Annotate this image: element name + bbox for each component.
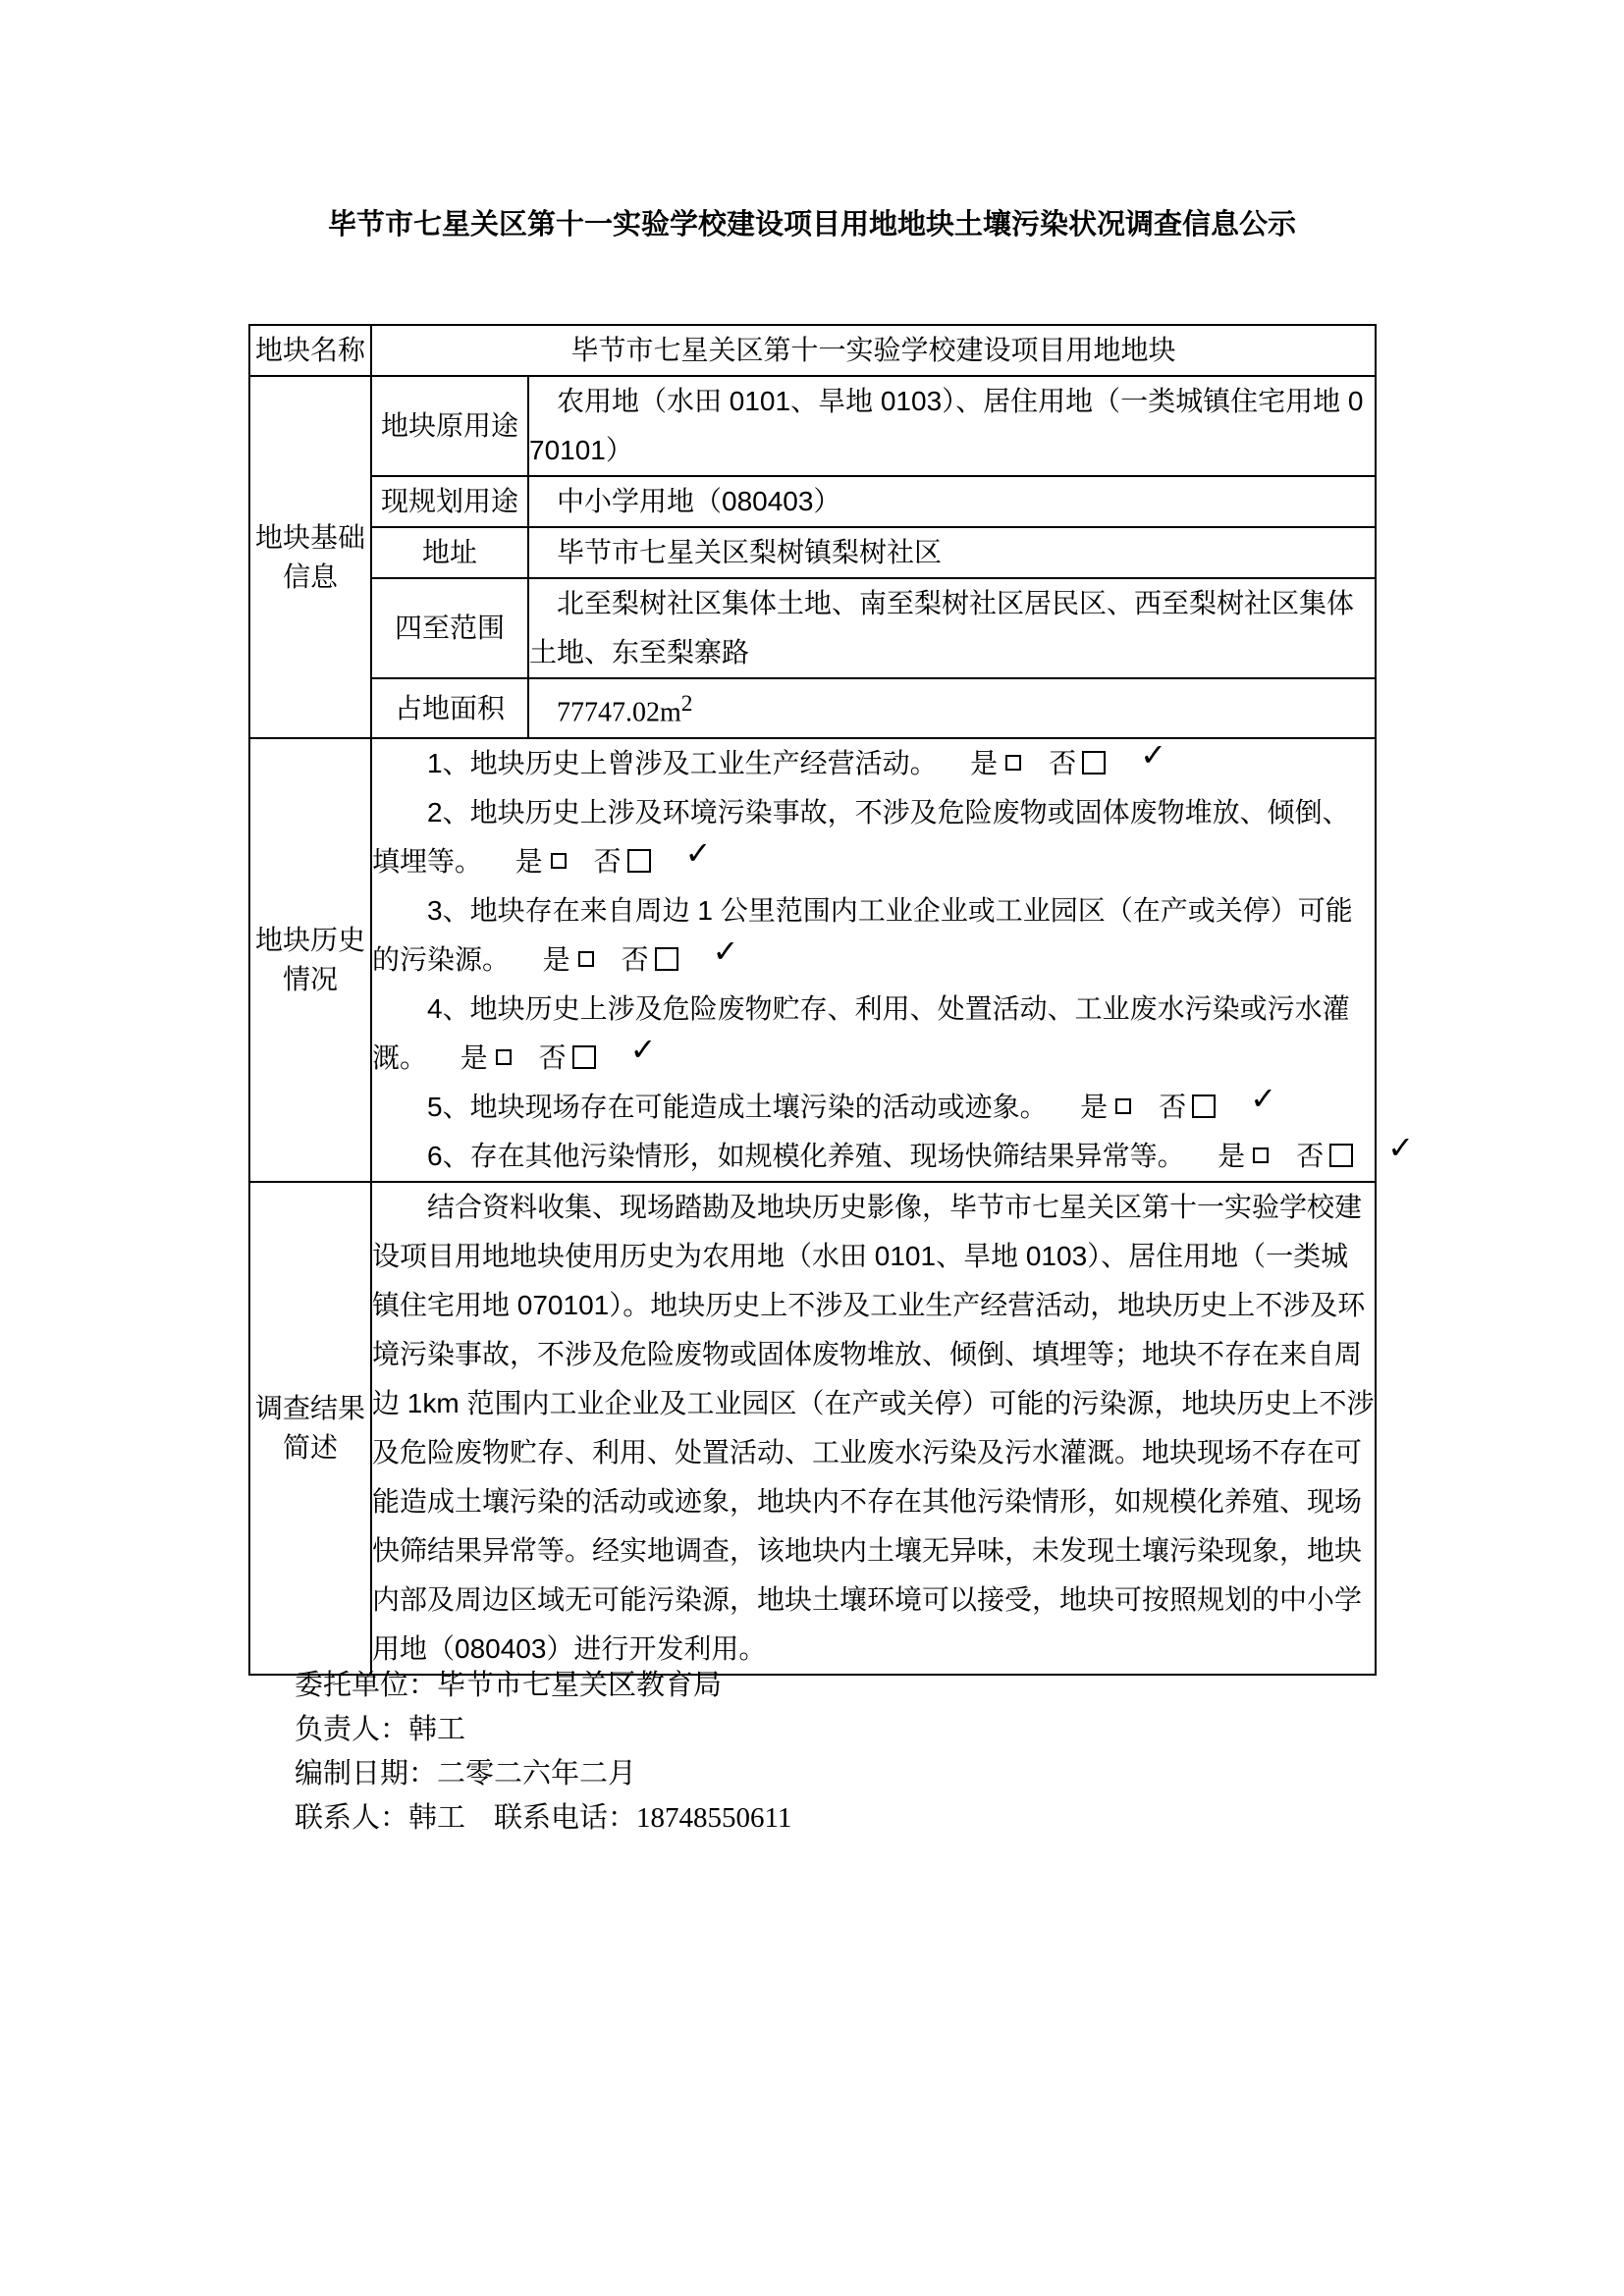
- history-item-text: 3、地块存在来自周边 1 公里范围内工业企业或工业园区（在产或关停）可能的污染源…: [372, 895, 1353, 975]
- checkbox-checked-icon: ✓: [1082, 751, 1106, 774]
- original-use-value: 农用地（水田 0101、旱地 0103）、居住用地（一类城镇住宅用地 07010…: [528, 376, 1376, 476]
- address-label: 地址: [371, 527, 528, 578]
- footer-line: 编制日期：二零二六年二月: [295, 1752, 791, 1796]
- yes-label: 是: [460, 1042, 488, 1073]
- footer-line: 负责人：韩工: [295, 1708, 791, 1752]
- basic-info-section-label: 地块基础信息: [249, 376, 371, 738]
- yes-label: 是: [1080, 1092, 1108, 1122]
- page-title: 毕节市七星关区第十一实验学校建设项目用地地块土壤污染状况调查信息公示: [0, 202, 1624, 242]
- yes-no-checkbox-group: 是否✓: [460, 1042, 596, 1073]
- table-row: 占地面积 77747.02m2: [249, 678, 1376, 738]
- checkbox-checked-icon: ✓: [572, 1045, 596, 1069]
- no-label: 否: [594, 846, 622, 877]
- table-row: 地块基础信息 地块原用途 农用地（水田 0101、旱地 0103）、居住用地（一…: [249, 376, 1376, 476]
- history-item: 3、地块存在来自周边 1 公里范围内工业企业或工业园区（在产或关停）可能的污染源…: [372, 886, 1375, 985]
- yes-no-checkbox-group: 是否✓: [543, 944, 678, 975]
- history-content: 1、地块历史上曾涉及工业生产经营活动。是否✓2、地块历史上涉及环境污染事故，不涉…: [371, 738, 1376, 1182]
- planned-use-label: 现规划用途: [371, 476, 528, 527]
- checkbox-unchecked-icon: [551, 853, 567, 869]
- footer-line: 联系人：韩工 联系电话：18748550611: [295, 1796, 791, 1841]
- yes-label: 是: [515, 846, 543, 877]
- history-item: 2、地块历史上涉及环境污染事故，不涉及危险废物或固体废物堆放、倾倒、填埋等。是否…: [372, 788, 1375, 886]
- footer-line: 委托单位：毕节市七星关区教育局: [295, 1664, 791, 1708]
- yes-label: 是: [970, 748, 998, 778]
- checkbox-checked-icon: ✓: [1329, 1144, 1353, 1167]
- yes-label: 是: [1218, 1141, 1245, 1171]
- yes-no-checkbox-group: 是否✓: [1080, 1092, 1216, 1122]
- summary-paragraph: 结合资料收集、现场踏勘及地块历史影像，毕节市七星关区第十一实验学校建设项目用地地…: [372, 1183, 1375, 1674]
- parcel-info-table: 地块名称 毕节市七星关区第十一实验学校建设项目用地地块 地块基础信息 地块原用途…: [248, 324, 1377, 1676]
- no-label: 否: [622, 944, 649, 975]
- checkbox-checked-icon: ✓: [655, 947, 678, 971]
- site-name-value: 毕节市七星关区第十一实验学校建设项目用地地块: [371, 325, 1376, 376]
- table-row: 地块名称 毕节市七星关区第十一实验学校建设项目用地地块: [249, 325, 1376, 376]
- checkbox-unchecked-icon: [1005, 755, 1021, 771]
- check-icon: ✓: [1332, 1132, 1414, 1163]
- yes-no-checkbox-group: 是否✓: [1218, 1141, 1353, 1171]
- history-item-text: 1、地块历史上曾涉及工业生产经营活动。: [427, 748, 938, 778]
- history-item: 1、地块历史上曾涉及工业生产经营活动。是否✓: [372, 739, 1375, 788]
- history-item: 4、地块历史上涉及危险废物贮存、利用、处置活动、工业废水污染或污水灌溉。是否✓: [372, 985, 1375, 1083]
- history-item-text: 5、地块现场存在可能造成土壤污染的活动或迹象。: [427, 1092, 1048, 1122]
- planned-use-value: 中小学用地（080403）: [528, 476, 1376, 527]
- summary-content: 结合资料收集、现场踏勘及地块历史影像，毕节市七星关区第十一实验学校建设项目用地地…: [371, 1182, 1376, 1675]
- table-row: 地块历史情况 1、地块历史上曾涉及工业生产经营活动。是否✓2、地块历史上涉及环境…: [249, 738, 1376, 1182]
- checkbox-unchecked-icon: [496, 1049, 512, 1065]
- area-label: 占地面积: [371, 678, 528, 738]
- area-superscript: 2: [681, 691, 693, 717]
- yes-label: 是: [543, 944, 570, 975]
- table-row: 地址 毕节市七星关区梨树镇梨树社区: [249, 527, 1376, 578]
- check-icon: ✓: [1195, 1083, 1276, 1114]
- area-value: 77747.02m2: [528, 678, 1376, 738]
- address-value: 毕节市七星关区梨树镇梨树社区: [528, 527, 1376, 578]
- no-label: 否: [1159, 1092, 1186, 1122]
- table-row: 现规划用途 中小学用地（080403）: [249, 476, 1376, 527]
- no-label: 否: [539, 1042, 567, 1073]
- checkbox-unchecked-icon: [1115, 1098, 1131, 1114]
- history-item: 5、地块现场存在可能造成土壤污染的活动或迹象。是否✓: [372, 1083, 1375, 1132]
- no-label: 否: [1296, 1141, 1324, 1171]
- checkbox-checked-icon: ✓: [627, 849, 651, 873]
- no-label: 否: [1049, 748, 1076, 778]
- history-item: 6、存在其他污染情形，如规模化养殖、现场快筛结果异常等。是否✓: [372, 1132, 1375, 1181]
- check-icon: ✓: [658, 935, 739, 967]
- table-row: 调查结果简述 结合资料收集、现场踏勘及地块历史影像，毕节市七星关区第十一实验学校…: [249, 1182, 1376, 1675]
- history-section-label: 地块历史情况: [249, 738, 371, 1182]
- checkbox-checked-icon: ✓: [1192, 1095, 1216, 1118]
- boundaries-label: 四至范围: [371, 578, 528, 678]
- document-footer: 委托单位：毕节市七星关区教育局负责人：韩工编制日期：二零二六年二月联系人：韩工 …: [295, 1664, 791, 1841]
- area-number: 77747.02m: [557, 697, 681, 727]
- original-use-label: 地块原用途: [371, 376, 528, 476]
- boundaries-value: 北至梨树社区集体土地、南至梨树社区居民区、西至梨树社区集体土地、东至梨寨路: [528, 578, 1376, 678]
- check-icon: ✓: [1085, 739, 1166, 771]
- check-icon: ✓: [575, 1034, 657, 1065]
- yes-no-checkbox-group: 是否✓: [970, 748, 1106, 778]
- check-icon: ✓: [630, 837, 712, 869]
- site-name-label: 地块名称: [249, 325, 371, 376]
- summary-section-label: 调查结果简述: [249, 1182, 371, 1675]
- yes-no-checkbox-group: 是否✓: [515, 846, 651, 877]
- checkbox-unchecked-icon: [1253, 1148, 1269, 1163]
- checkbox-unchecked-icon: [578, 951, 594, 967]
- table-row: 四至范围 北至梨树社区集体土地、南至梨树社区居民区、西至梨树社区集体土地、东至梨…: [249, 578, 1376, 678]
- history-item-text: 6、存在其他污染情形，如规模化养殖、现场快筛结果异常等。: [427, 1141, 1185, 1171]
